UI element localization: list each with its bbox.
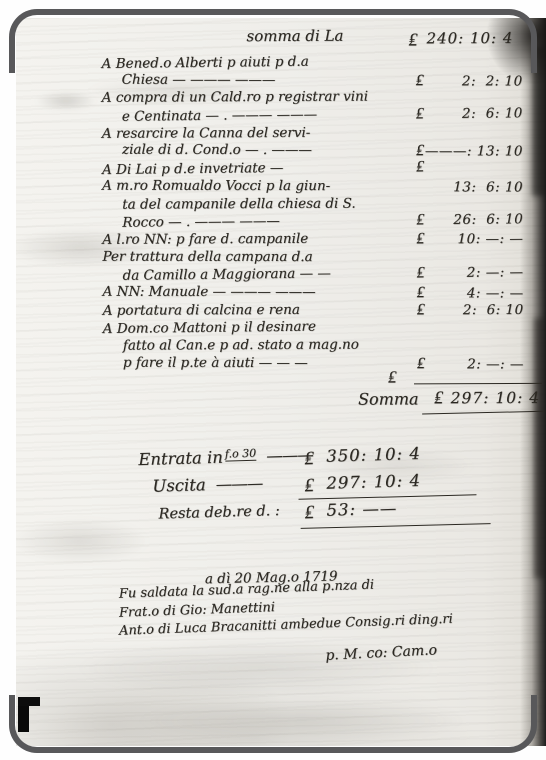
- summary-label: Uscita: [152, 476, 206, 497]
- summary-amount: 350: 10: 4: [326, 444, 421, 466]
- entry-text: A Di Lai p d.e invetriate —: [102, 160, 284, 179]
- manuscript-page: somma di La ₤ 240: 10: 4 A Bened.o Alber…: [16, 18, 546, 746]
- entry-text: ziale di d. Cond.o — . ———: [122, 142, 312, 159]
- entry-amount: 10: —: —: [457, 231, 523, 248]
- manuscript-scan-view: somma di La ₤ 240: 10: 4 A Bened.o Alber…: [0, 0, 546, 760]
- lira-symbol: ₤: [417, 354, 425, 371]
- entry-text: A NN: Manuale — ——— ———: [103, 284, 316, 301]
- ledger-rows: A Bened.o Alberti p aiuti p d.aChiesa — …: [16, 53, 546, 374]
- entry-text: A portatura di calcina e rena: [103, 302, 300, 320]
- lira-symbol: ₤: [304, 501, 314, 524]
- entry-amount: 2: —: —: [467, 264, 524, 282]
- ledger-line: A NN: Manuale — ——— ———₤4: —: —: [16, 283, 546, 302]
- closing-block: a dì 20 Mag.o 1719 Fu saldata la sud.a r…: [17, 567, 546, 667]
- summary-superscript: f.o 30: [225, 447, 257, 462]
- entry-text: A l.ro NN: p fare d. campanile: [102, 231, 308, 249]
- lira-symbol: ₤: [304, 447, 314, 470]
- entry-text: Per trattura della campana d.a: [102, 248, 312, 265]
- sum-rule: [414, 383, 542, 385]
- dash-leader: ———: [215, 474, 262, 494]
- viewer-frame-bottom: [9, 695, 537, 753]
- signature: p. M. co: Cam.o: [17, 637, 546, 679]
- entry-amount: 26: 6: 10: [453, 211, 523, 229]
- lira-symbol: ₤: [416, 157, 424, 174]
- ledger-line: A resarcire la Canna del servi-: [16, 124, 545, 144]
- lira-symbol: ₤: [434, 388, 443, 409]
- somma-line: Somma ₤ 297: 10: 4: [16, 387, 546, 415]
- entry-text: Chiesa — ——— ———: [122, 71, 276, 88]
- summary-amount: 53: ——: [326, 499, 397, 520]
- ledger-line: p fare il p.te à aiuti — — —₤2: —: —: [16, 354, 546, 373]
- lira-symbol: ₤: [416, 211, 424, 228]
- entry-text: A compra di un Cald.ro p registrar vini: [102, 89, 368, 107]
- summary-label: Resta deb.re d. :: [158, 503, 280, 522]
- somma-amount: 297: 10: 4: [451, 389, 541, 407]
- lira-symbol: ₤: [416, 229, 424, 246]
- viewer-frame-top: [9, 9, 537, 73]
- entry-text: fatto al Can.e p ad. stato a mag.no: [123, 337, 359, 355]
- lira-symbol: ₤: [388, 368, 397, 388]
- ledger-line: fatto al Can.e p ad. stato a mag.no: [16, 336, 546, 356]
- summary-block: Entrata inf.o 30———₤350: 10: 4Uscita———₤…: [16, 445, 546, 539]
- entry-text: A m.ro Romualdo Vocci p la giun-: [102, 178, 330, 195]
- entry-text: ta del campanile della chiesa di S.: [122, 195, 356, 213]
- summary-rows: Entrata inf.o 30———₤350: 10: 4Uscita———₤…: [16, 445, 546, 528]
- somma-label: Somma: [358, 390, 419, 409]
- lira-symbol: ₤: [417, 283, 425, 300]
- ledger-content: somma di La ₤ 240: 10: 4 A Bened.o Alber…: [16, 18, 546, 746]
- lira-symbol: ₤: [304, 474, 314, 497]
- lira-symbol: ₤: [416, 71, 424, 88]
- ledger-line: A m.ro Romualdo Vocci p la giun-13: 6: 1…: [16, 177, 545, 196]
- sum-rule: [422, 411, 544, 415]
- ledger-line: A l.ro NN: p fare d. campanile₤10: —: —: [16, 230, 545, 250]
- entry-text: A resarcire la Canna del servi-: [102, 125, 310, 143]
- entry-text: Rocco — . ——— ———: [122, 213, 280, 232]
- entry-text: A Dom.co Mattoni p il desinare: [103, 319, 316, 338]
- entry-text: da Camillo a Maggiorana — —: [122, 266, 330, 285]
- entry-text: p fare il p.te à aiuti — — —: [123, 354, 308, 371]
- ledger-line: Chiesa — ——— ———₤2: 2: 10: [16, 71, 545, 90]
- entry-text: e Centinata — . ——— ———: [122, 107, 317, 126]
- lira-symbol: ₤: [417, 300, 425, 317]
- summary-label: Entrata in: [138, 448, 223, 469]
- lira-symbol: ₤: [416, 264, 424, 281]
- summary-amount: 297: 10: 4: [326, 471, 421, 493]
- entry-amount: 2: 6: 10: [462, 105, 523, 123]
- lira-symbol: ₤: [416, 104, 424, 121]
